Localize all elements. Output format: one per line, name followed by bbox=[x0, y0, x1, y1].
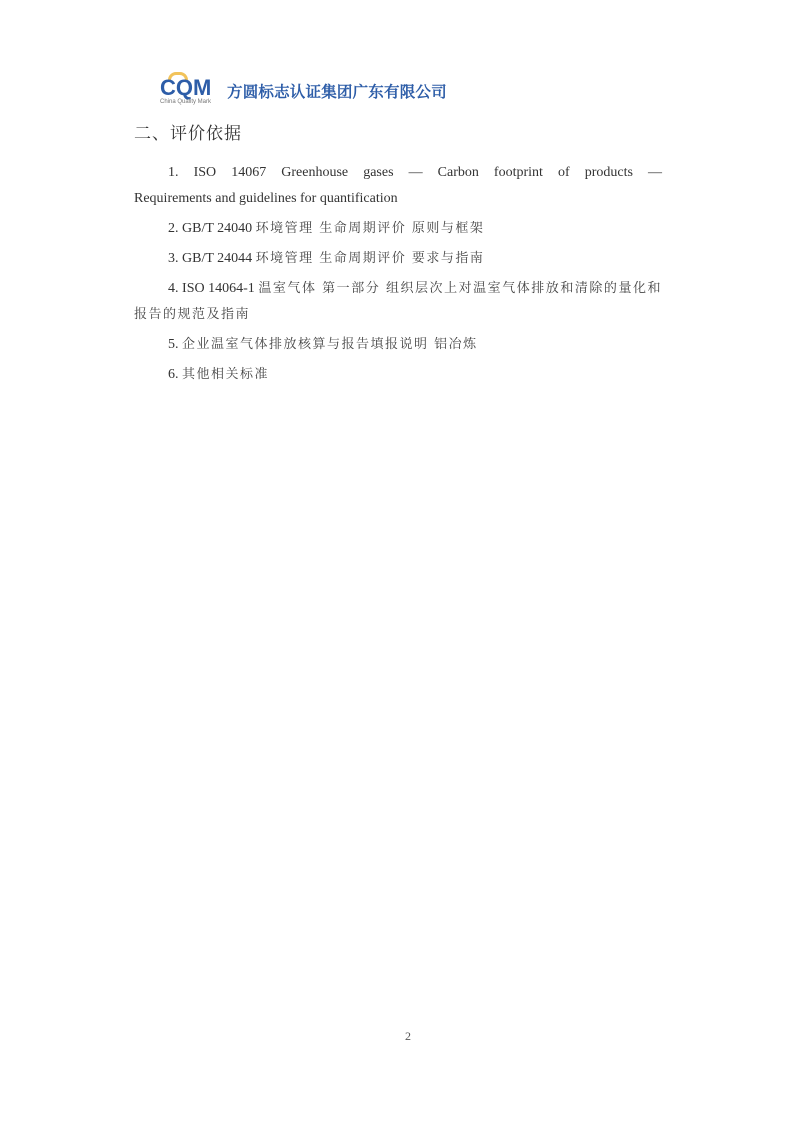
word: 1. bbox=[168, 160, 179, 186]
section-title: 二、评价依据 bbox=[134, 119, 242, 144]
word: 14067 bbox=[231, 160, 266, 186]
list-item: 1. ISO 14067 Greenhouse gases — Carbon f… bbox=[134, 160, 662, 212]
standard-title: 环境管理 生命周期评价 原则与框架 bbox=[256, 221, 485, 236]
item-1-line-2: Requirements and guidelines for quantifi… bbox=[134, 186, 662, 212]
logo-text: CQM bbox=[160, 77, 211, 99]
list-item: 2. GB/T 24040 环境管理 生命周期评价 原则与框架 bbox=[134, 216, 662, 242]
list-item: 3. GB/T 24044 环境管理 生命周期评价 要求与指南 bbox=[134, 246, 662, 272]
page-header: CQM China Quality Mark 方圆标志认证集团广东有限公司 bbox=[160, 72, 447, 108]
standard-title: 企业温室气体排放核算与报告填报说明 铝冶炼 bbox=[182, 337, 478, 352]
item-number: 4. bbox=[168, 281, 179, 296]
item-number: 6. bbox=[168, 367, 179, 382]
item-number: 5. bbox=[168, 337, 179, 352]
word: ISO bbox=[194, 160, 217, 186]
standard-code: GB/T 24040 bbox=[182, 221, 252, 236]
word: Carbon bbox=[438, 160, 479, 186]
company-name: 方圆标志认证集团广东有限公司 bbox=[227, 80, 447, 102]
list-item: 6. 其他相关标准 bbox=[134, 362, 662, 388]
standard-title: 其他相关标准 bbox=[182, 367, 269, 382]
word: — bbox=[648, 160, 662, 186]
word: Greenhouse bbox=[281, 160, 348, 186]
cqm-logo: CQM China Quality Mark bbox=[160, 72, 224, 108]
standard-code: ISO 14064-1 bbox=[182, 281, 255, 296]
word: footprint bbox=[494, 160, 543, 186]
word: products bbox=[585, 160, 633, 186]
item-number: 2. bbox=[168, 221, 179, 236]
standard-title: 环境管理 生命周期评价 要求与指南 bbox=[256, 251, 485, 266]
reference-list: 1. ISO 14067 Greenhouse gases — Carbon f… bbox=[134, 160, 662, 392]
standard-code: GB/T 24044 bbox=[182, 251, 252, 266]
item-number: 3. bbox=[168, 251, 179, 266]
item-1-line-1: 1. ISO 14067 Greenhouse gases — Carbon f… bbox=[134, 160, 662, 186]
word: of bbox=[558, 160, 570, 186]
word: — bbox=[409, 160, 423, 186]
list-item: 4. ISO 14064-1 温室气体 第一部分 组织层次上对温室气体排放和清除… bbox=[134, 276, 662, 328]
word: gases bbox=[363, 160, 393, 186]
logo-subtitle: China Quality Mark bbox=[160, 99, 211, 105]
list-item: 5. 企业温室气体排放核算与报告填报说明 铝冶炼 bbox=[134, 332, 662, 358]
page-number: 2 bbox=[405, 1029, 411, 1044]
